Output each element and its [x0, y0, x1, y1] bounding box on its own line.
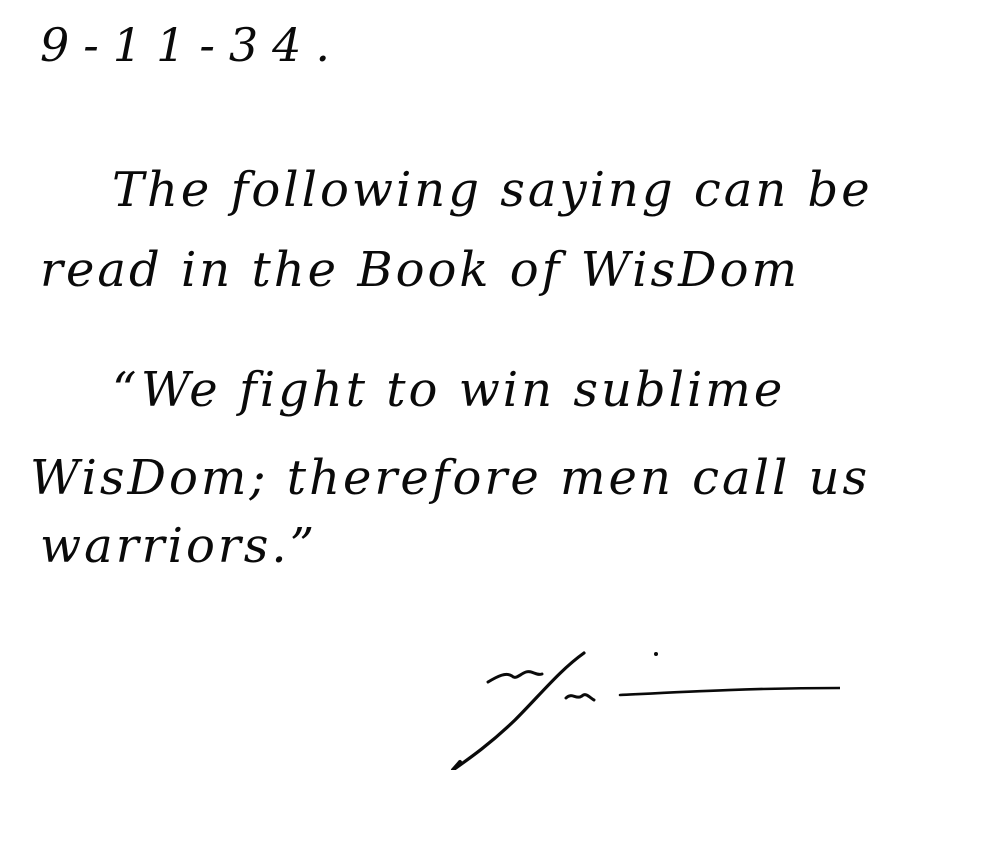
quote-line-2: WisDom; therefore men call us: [30, 450, 870, 506]
note-line-1: The following saying can be: [112, 162, 873, 218]
quote-line-3: warriors.”: [40, 518, 317, 574]
signature-icon: [420, 640, 840, 770]
note-date: 9-11-34.: [40, 18, 344, 72]
note-line-2: read in the Book of WisDom: [40, 242, 800, 298]
handwritten-note-page: 9-11-34. The following saying can be rea…: [0, 0, 990, 860]
quote-line-1: “We fight to win sublime: [112, 362, 785, 418]
